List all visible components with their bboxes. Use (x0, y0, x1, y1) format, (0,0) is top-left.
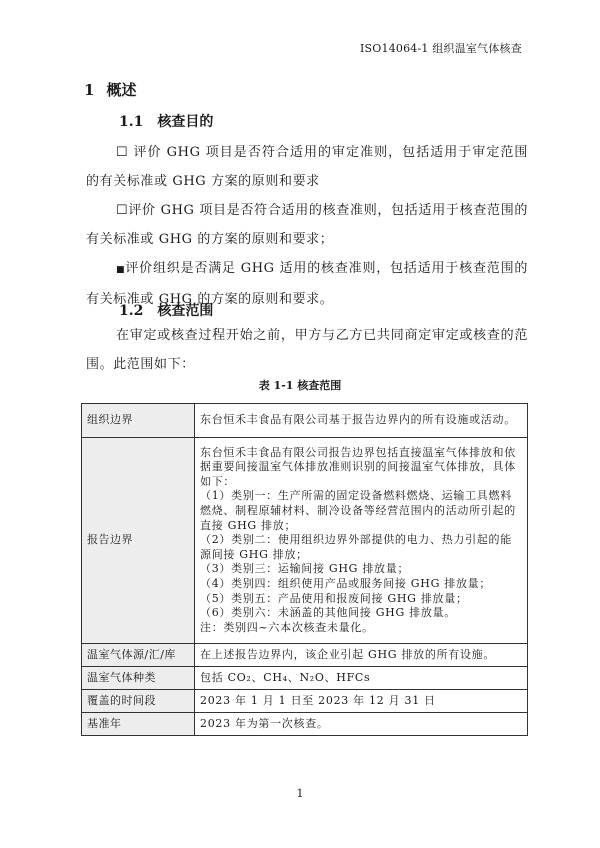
table-row: 温室气体种类 包括 CO₂、CH₄、N₂O、HFCs (82, 667, 528, 690)
section-heading: 1概述 (84, 79, 136, 100)
row-value: 东台恒禾丰食品有限公司报告边界包括直接温室气体排放和依据重要间接温室气体排放准则… (195, 438, 528, 644)
row-value: 2023 年为第一次核查。 (195, 713, 528, 736)
table-row: 组织边界 东台恒禾丰食品有限公司基于报告边界内的所有设施或活动。 (82, 404, 528, 438)
row-label: 组织边界 (82, 404, 195, 438)
table-row: 基准年 2023 年为第一次核查。 (82, 713, 528, 736)
scope-intro: 在审定或核查过程开始之前，甲方与乙方已共同商定审定或核查的范围。此范围如下： (86, 321, 528, 379)
objective-item-2: ☐评价 GHG 项目是否符合适用的核查准则，包括适用于核查范围的有关标准或 GH… (86, 196, 528, 254)
section-title: 概述 (106, 81, 136, 99)
running-header: ISO14064-1 组织温室气体核查 (360, 40, 522, 56)
row-value: 2023 年 1 月 1 日至 2023 年 12 月 31 日 (195, 690, 528, 713)
checkbox-unchecked-icon: ☐ (116, 145, 128, 160)
table-row: 覆盖的时间段 2023 年 1 月 1 日至 2023 年 12 月 31 日 (82, 690, 528, 713)
row-label: 基准年 (82, 713, 195, 736)
row-label: 温室气体种类 (82, 667, 195, 690)
section-number: 1 (84, 81, 94, 99)
table-row: 报告边界 东台恒禾丰食品有限公司报告边界包括直接温室气体排放和依据重要间接温室气… (82, 438, 528, 644)
row-value: 东台恒禾丰食品有限公司基于报告边界内的所有设施或活动。 (195, 404, 528, 438)
page-number: 1 (0, 787, 600, 800)
row-value: 包括 CO₂、CH₄、N₂O、HFCs (195, 667, 528, 690)
objective-item-1: ☐ 评价 GHG 项目是否符合适用的审定准则，包括适用于审定范围的有关标准或 G… (86, 138, 528, 196)
row-label: 覆盖的时间段 (82, 690, 195, 713)
row-label: 报告边界 (82, 438, 195, 644)
scope-table: 组织边界 东台恒禾丰食品有限公司基于报告边界内的所有设施或活动。 报告边界 东台… (81, 403, 528, 736)
table-caption: 表 1-1 核查范围 (0, 377, 600, 393)
table-row: 温室气体源/汇/库 在上述报告边界内，该企业引起 GHG 排放的所有设施。 (82, 644, 528, 667)
checkbox-unchecked-icon: ☐ (116, 203, 128, 218)
checkbox-checked-icon: ■ (116, 265, 125, 275)
row-label: 温室气体源/汇/库 (82, 644, 195, 667)
subsection-heading-1-2: 1.2核查范围 (119, 300, 213, 320)
row-value: 在上述报告边界内，该企业引起 GHG 排放的所有设施。 (195, 644, 528, 667)
subsection-heading-1-1: 1.1核查目的 (119, 111, 213, 131)
